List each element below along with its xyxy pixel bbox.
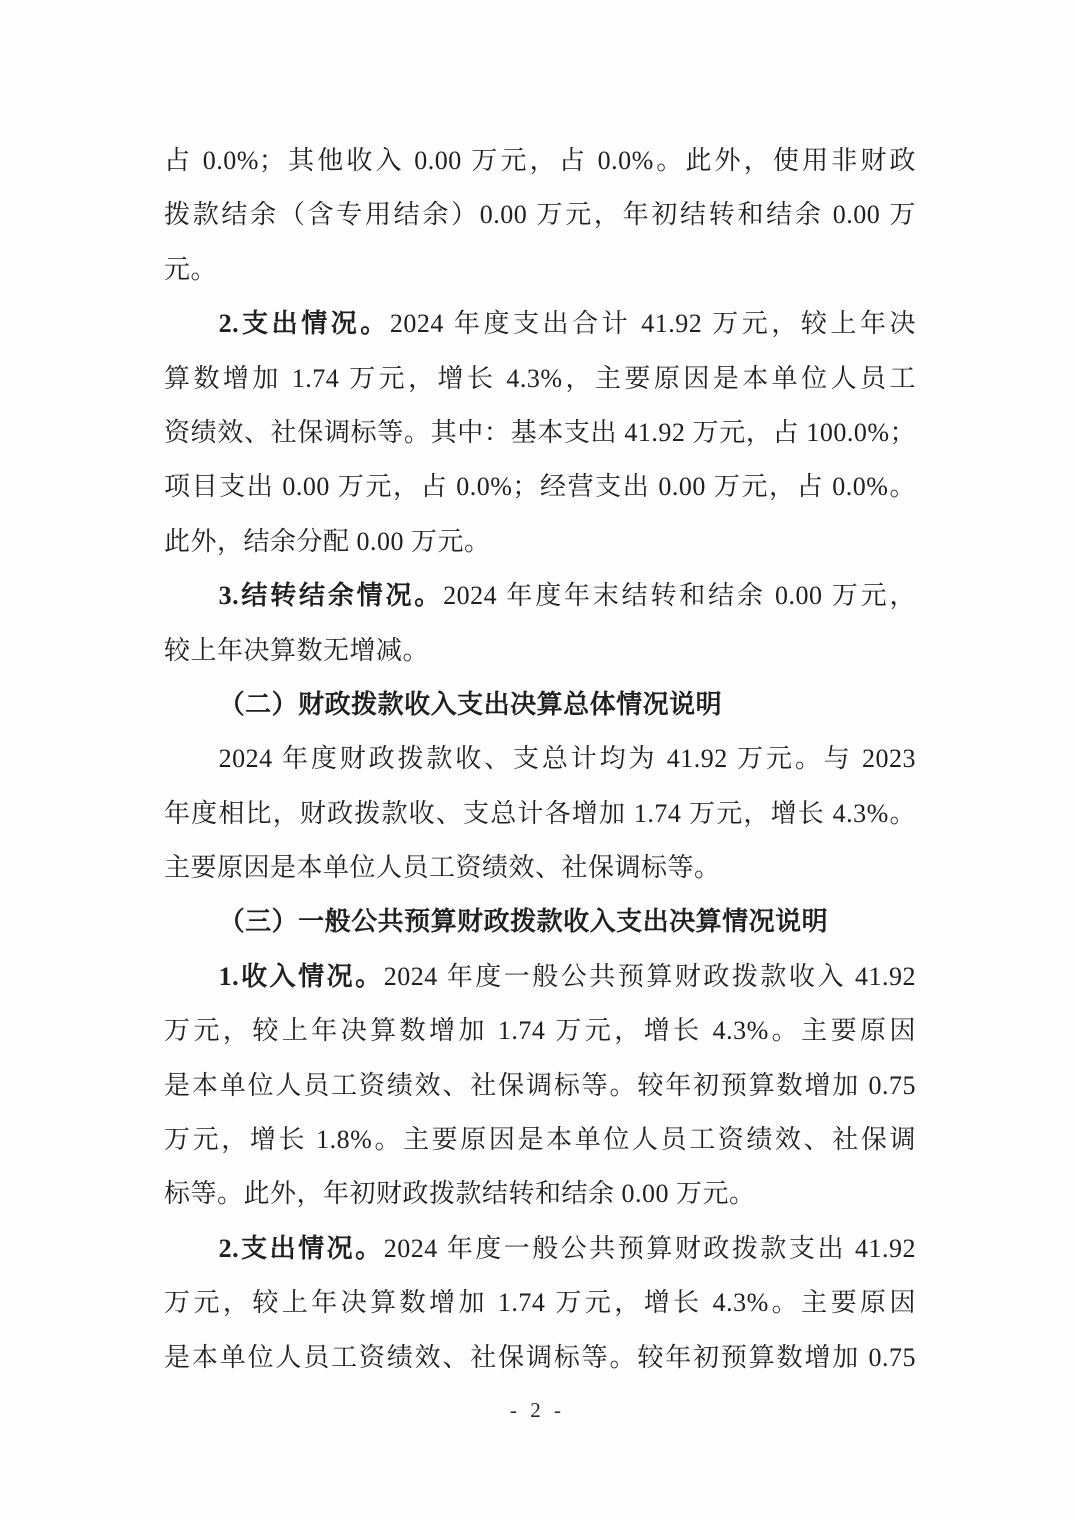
text-line: 年度相比，财政拨款收、支总计各增加 1.74 万元，增长 4.3%。	[164, 787, 916, 841]
line-text: 项目支出 0.00 万元，占 0.0%；经营支出 0.00 万元，占 0.0%。	[164, 472, 916, 501]
text-line: 是本单位人员工资绩效、社保调标等。较年初预算数增加 0.75	[164, 1331, 916, 1385]
line-text: 2024 年度年末结转和结余 0.00 万元，	[443, 581, 916, 610]
line-text: 是本单位人员工资绩效、社保调标等。较年初预算数增加 0.75	[164, 1343, 916, 1372]
text-line: 主要原因是本单位人员工资绩效、社保调标等。	[164, 841, 916, 895]
text-line: 万元，增长 1.8%。主要原因是本单位人员工资绩效、社保调	[164, 1113, 916, 1167]
line-text: 标等。此外，年初财政拨款结转和结余 0.00 万元。	[164, 1179, 756, 1208]
line-text: 2024 年度一般公共预算财政拨款收入 41.92	[384, 962, 916, 991]
document-body: 占 0.0%；其他收入 0.00 万元，占 0.0%。此外，使用非财政 拨款结余…	[164, 134, 916, 1385]
document-page: 占 0.0%；其他收入 0.00 万元，占 0.0%。此外，使用非财政 拨款结余…	[0, 0, 1075, 1520]
page-number: - 2 -	[0, 1398, 1075, 1423]
line-text: 万元，较上年决算数增加 1.74 万元，增长 4.3%。主要原因	[164, 1288, 916, 1317]
paragraph-label: 2.支出情况。	[219, 1234, 384, 1263]
line-text: 主要原因是本单位人员工资绩效、社保调标等。	[164, 853, 721, 882]
text-line: 此外，结余分配 0.00 万元。	[164, 515, 916, 569]
text-line: 较上年决算数无增减。	[164, 624, 916, 678]
text-line: 算数增加 1.74 万元，增长 4.3%，主要原因是本单位人员工	[164, 352, 916, 406]
section-heading: （二）财政拨款收入支出决算总体情况说明	[164, 678, 916, 732]
line-text: 此外，结余分配 0.00 万元。	[164, 527, 491, 556]
text-line: 元。	[164, 243, 916, 297]
text-line: 万元，较上年决算数增加 1.74 万元，增长 4.3%。主要原因	[164, 1276, 916, 1330]
text-line: 是本单位人员工资绩效、社保调标等。较年初预算数增加 0.75	[164, 1059, 916, 1113]
text-line: 资绩效、社保调标等。其中：基本支出 41.92 万元，占 100.0%；	[164, 406, 916, 460]
line-text: 年度相比，财政拨款收、支总计各增加 1.74 万元，增长 4.3%。	[164, 799, 916, 828]
line-text: 拨款结余（含专用结余）0.00 万元，年初结转和结余 0.00 万	[164, 200, 916, 229]
line-text: 万元，增长 1.8%。主要原因是本单位人员工资绩效、社保调	[164, 1125, 916, 1154]
line-text: 2024 年度一般公共预算财政拨款支出 41.92	[384, 1234, 916, 1263]
text-line: 1.收入情况。2024 年度一般公共预算财政拨款收入 41.92	[164, 950, 916, 1004]
paragraph-label: 1.收入情况。	[219, 962, 384, 991]
text-line: 3.结转结余情况。2024 年度年末结转和结余 0.00 万元，	[164, 569, 916, 623]
text-line: 拨款结余（含专用结余）0.00 万元，年初结转和结余 0.00 万	[164, 188, 916, 242]
line-text: 占 0.0%；其他收入 0.00 万元，占 0.0%。此外，使用非财政	[164, 146, 916, 175]
line-text: 资绩效、社保调标等。其中：基本支出 41.92 万元，占 100.0%；	[164, 418, 916, 447]
text-line: 占 0.0%；其他收入 0.00 万元，占 0.0%。此外，使用非财政	[164, 134, 916, 188]
text-line: 项目支出 0.00 万元，占 0.0%；经营支出 0.00 万元，占 0.0%。	[164, 460, 916, 514]
text-line: 标等。此外，年初财政拨款结转和结余 0.00 万元。	[164, 1167, 916, 1221]
section-heading-label: （三）一般公共预算财政拨款收入支出决算情况说明	[219, 907, 829, 936]
text-line: 2.支出情况。2024 年度支出合计 41.92 万元，较上年决	[164, 297, 916, 351]
paragraph-label: 2.支出情况。	[219, 309, 390, 338]
line-text: 是本单位人员工资绩效、社保调标等。较年初预算数增加 0.75	[164, 1071, 916, 1100]
text-line: 万元，较上年决算数增加 1.74 万元，增长 4.3%。主要原因	[164, 1004, 916, 1058]
section-heading-label: （二）财政拨款收入支出决算总体情况说明	[219, 690, 723, 719]
paragraph-label: 3.结转结余情况。	[219, 581, 444, 610]
section-heading: （三）一般公共预算财政拨款收入支出决算情况说明	[164, 895, 916, 949]
line-text: 较上年决算数无增减。	[164, 636, 429, 665]
text-line: 2.支出情况。2024 年度一般公共预算财政拨款支出 41.92	[164, 1222, 916, 1276]
line-text: 2024 年度财政拨款收、支总计均为 41.92 万元。与 2023	[219, 744, 916, 773]
line-text: 万元，较上年决算数增加 1.74 万元，增长 4.3%。主要原因	[164, 1016, 916, 1045]
line-text: 元。	[164, 255, 217, 284]
line-text: 2024 年度支出合计 41.92 万元，较上年决	[390, 309, 916, 338]
text-line: 2024 年度财政拨款收、支总计均为 41.92 万元。与 2023	[164, 732, 916, 786]
line-text: 算数增加 1.74 万元，增长 4.3%，主要原因是本单位人员工	[164, 364, 916, 393]
